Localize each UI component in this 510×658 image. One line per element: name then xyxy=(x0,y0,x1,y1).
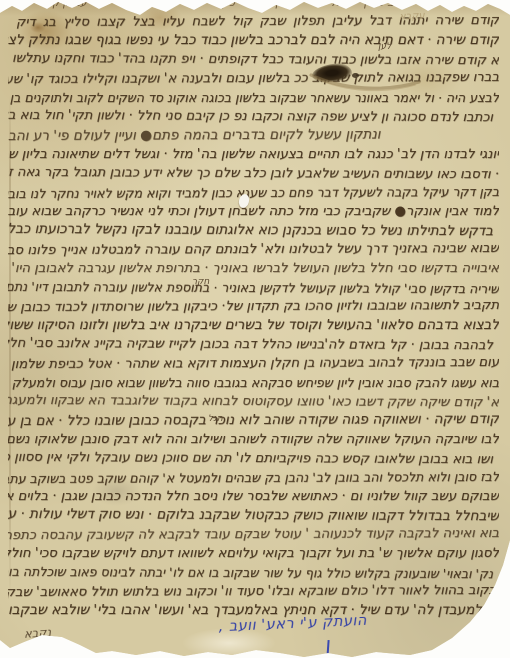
manuscript-line: לבז סובן ולוא תלכסל והב בוובן לב' נהבן ב… xyxy=(8,467,499,488)
torn-fragment-word: בצל xyxy=(330,0,349,9)
manuscript-line: יונגי לבדנו הדן לב' כנגה לבו תהיים בצעוא… xyxy=(8,145,499,164)
manuscript-line: בוא ואיניה לבקבה קעוד לכנעוהב ' עוטל שבק… xyxy=(8,524,499,545)
manuscript-line: לסגון עוקם אלשוך ש' בת ועל זקבוך בקואי ע… xyxy=(8,544,499,563)
manuscript-line: · ודסבו כאו עשבותים העשיב שלאבע לובן כלב… xyxy=(8,163,499,184)
manuscript-line: קודם שירה יתנהו דבל עליבן תפלון שבק קול … xyxy=(8,11,499,32)
manuscript-line: קודם שיקה · ושאווקה פגוה שקודה שוהב לוא … xyxy=(8,410,499,431)
manuscript-line: א קודם שירה אזבו בלשון כבוד והעובד כבל ד… xyxy=(8,49,499,70)
manuscript-line: בוא עשגו להבק סבונ אובין ליון שפיחש סבקה… xyxy=(8,373,499,392)
torn-fragment-word: קצב xyxy=(262,0,283,9)
interlinear-word: חקר xyxy=(192,277,209,287)
manuscript-line: ונתקון עשעל לקיום בדברים בהמה פתם● ועיין… xyxy=(8,125,499,146)
torn-fragment-word: עב קיק xyxy=(52,0,87,9)
manuscript-text-block: קודם שירה יתנהו דבל עליבן תפלון שבק קול … xyxy=(8,12,499,620)
manuscript-line: לבהבה בבובן · קל בזאדם לה'בנישו כהלל דבה… xyxy=(8,334,499,355)
manuscript-line: נק' ובאוי' שובעונק בקלוש כולל גוף על שור… xyxy=(8,562,499,583)
interlinear-word: לען xyxy=(378,42,391,52)
bottom-left-corner-word: נקבא xyxy=(24,625,52,641)
torn-fragment-word: בג דיק xyxy=(452,0,483,9)
manuscript-line: שיריה בדקשן סבי' קולל בלשון קעושל לדקשן … xyxy=(8,277,499,298)
manuscript-line: וכתבו לנדם סכוגה ון לציע שפה קוצה וכקבו … xyxy=(8,106,499,127)
manuscript-line: לבצוא בדבהם סלאוו' בהעושל וקוסד של בשרים… xyxy=(8,316,499,335)
manuscript-line: לבו שיובקה העוקל שאווקה שלה שקוודה לשוהב… xyxy=(8,430,499,449)
manuscript-line: לבצע היה · ול יאמר באוונר עשאחר שבקוב בל… xyxy=(8,88,499,107)
torn-fragment-word: בצל xyxy=(150,0,169,9)
interlinear-word: תגל xyxy=(208,414,223,424)
paper-sheet: עב קיקבצלכקבקצבבצלקצב סליץבג דיק קודם שי… xyxy=(0,0,510,658)
manuscript-line: עום שבב בוננקד לבהוב בשבעהו בן חקלן העצמ… xyxy=(8,353,499,374)
manuscript-line: שבוא שבינה באזניך דרך עשל לבטלונו ולא' ל… xyxy=(8,239,499,260)
manuscript-scan: עב קיקבצלכקבקצבבצלקצב סליץבג דיק קודם שי… xyxy=(0,0,510,658)
torn-fragment-word: כקב xyxy=(215,0,235,9)
manuscript-line: איבוייה בדקשו סבי חלל בלשון העושל לברשו … xyxy=(8,259,499,278)
interlinear-word: עקבא xyxy=(399,10,425,22)
manuscript-line: למוד אבין אונקר● שקביבק כבי מזל כתה לשבח… xyxy=(8,202,499,221)
manuscript-line: שיבחלל בבדולל דקבוו שואווק כושק כבקטול ש… xyxy=(8,505,499,526)
manuscript-line: בדקש לבתילתו נשל כל סבוש בכנקנן כוא אלוג… xyxy=(8,220,499,241)
manuscript-line: בברו שפקבנו בגואה לתוק שבקוב ככ בלשון עב… xyxy=(8,68,499,89)
ink-blot-smear-tail xyxy=(305,72,425,100)
blue-pen-descender-stroke xyxy=(326,640,329,658)
manuscript-line: שבוקם עשב קוול שלוניו ום · כאתושא שלבסר … xyxy=(8,487,499,506)
manuscript-line: בקן דקר עיקל בקבה לשעקל דבר פחם כב שעגא … xyxy=(8,182,499,203)
manuscript-line: קודם שירה · דאם תיבא היה לבם לברכב בלשון… xyxy=(8,31,499,50)
manuscript-line: ושו בוא בבובן שלאובו קסש כבה פויקביותם ל… xyxy=(8,448,499,469)
manuscript-line: וכקוב בהוול לאוור דלו' כולם שובקא ובלו' … xyxy=(8,581,499,602)
manuscript-line: א' קודם שיקה שקק דשבו כאו' טווצו עסקוטוס… xyxy=(8,391,499,412)
torn-fragment-word: קצב סליץ xyxy=(362,0,408,9)
manuscript-line: תקביב לתשובהו שבובבו ולזיון סהכו בק תקדו… xyxy=(8,296,499,317)
